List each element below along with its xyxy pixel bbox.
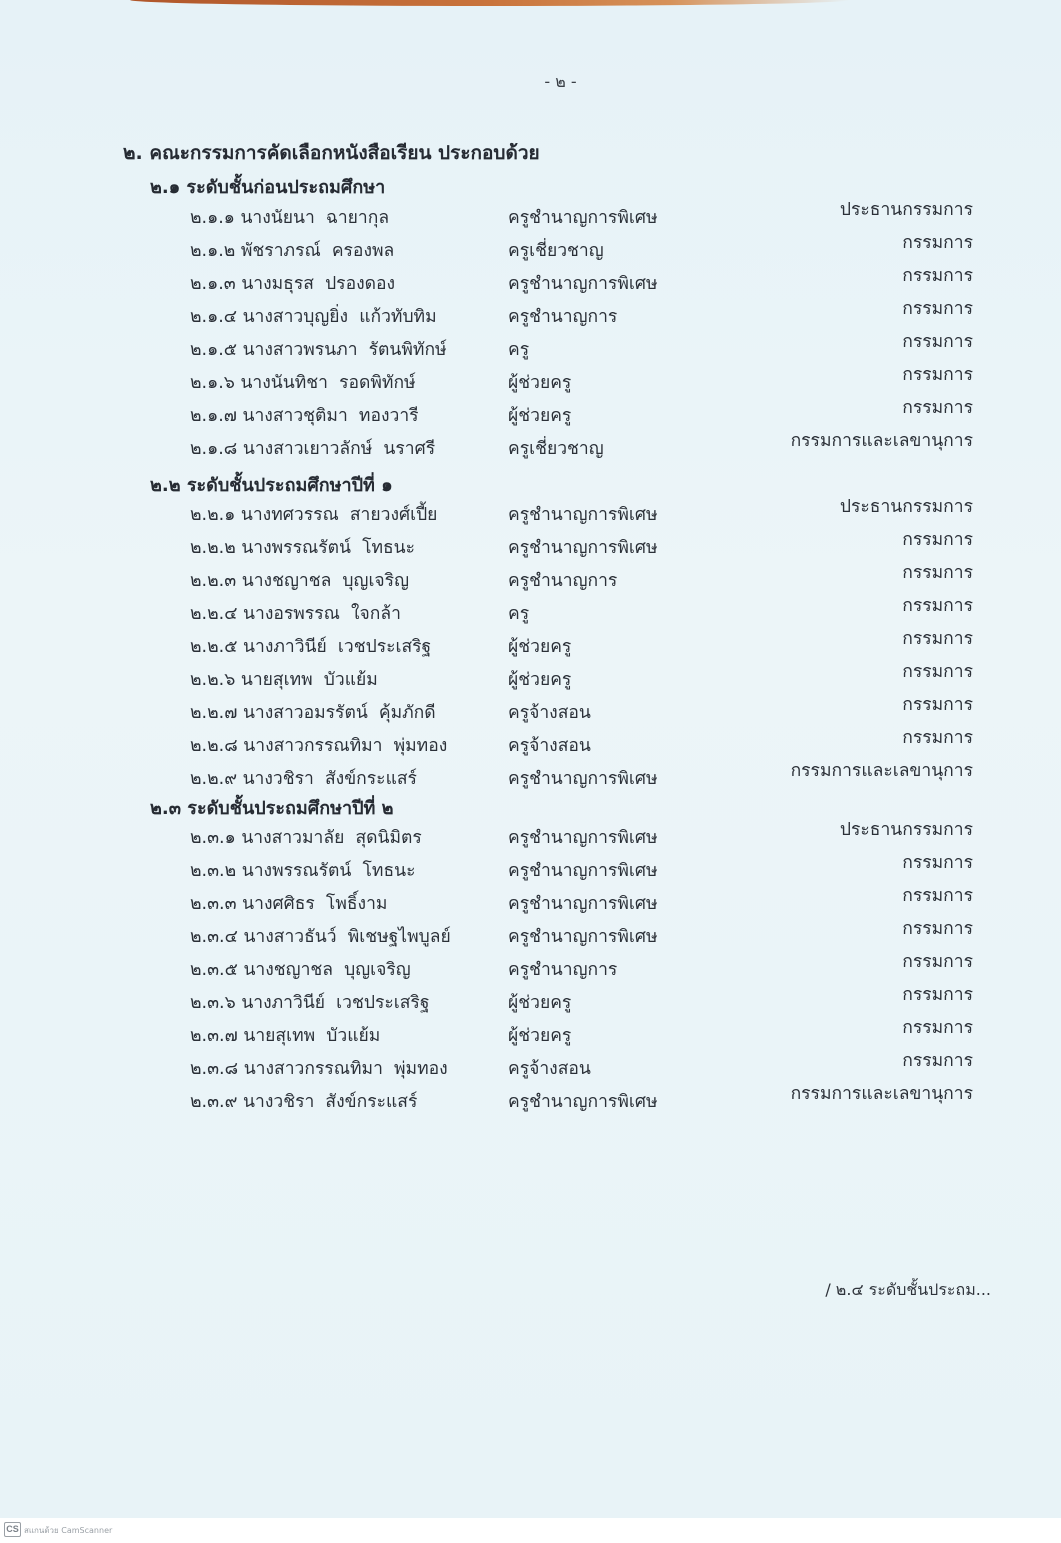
member-position: ผู้ช่วยครู [508,988,571,1016]
member-number-and-name: ๒.๑.๖ นางนันทิชา รอดพิทักษ์ [190,368,416,396]
member-number: ๒.๑.๒ [190,241,235,261]
member-role: กรรมการ [902,848,973,876]
member-position: ครูชำนาญการพิเศษ [508,922,658,950]
member-number: ๒.๒.๙ [190,769,237,789]
member-number-and-name: ๒.๓.๙ นางวชิรา สังข์กระแสร์ [190,1087,417,1115]
member-position: ครูชำนาญการพิเศษ [508,889,658,917]
member-position: ครู [508,335,529,363]
member-role: ประธานกรรมการ [840,815,973,843]
member-name: นางสาวกรรณทิมา พุ่มทอง [244,1059,448,1079]
member-number: ๒.๑.๗ [190,406,237,426]
member-number: ๒.๓.๓ [190,894,237,914]
member-role: กรรมการ [902,228,973,256]
member-name: นางสาวกรรณทิมา พุ่มทอง [243,736,447,756]
member-position: ผู้ช่วยครู [508,368,571,396]
member-number-and-name: ๒.๑.๒ พัชราภรณ์ ครองพล [190,236,394,264]
member-number: ๒.๑.๔ [190,307,237,327]
member-role: กรรมการ [902,980,973,1008]
member-name: นางวชิรา สังข์กระแสร์ [243,1092,417,1112]
camscanner-footer-text: สแกนด้วย CamScanner [24,1524,112,1537]
member-number-and-name: ๒.๒.๓ นางชญาชล บุญเจริญ [190,566,409,594]
member-number: ๒.๓.๗ [190,1026,238,1046]
member-role: กรรมการ [902,1046,973,1074]
member-number-and-name: ๒.๑.๕ นางสาวพรนภา รัตนพิทักษ์ [190,335,447,363]
member-row: ๒.๑.๘ นางสาวเยาวลักษ์ นราศรีครูเชี่ยวชาญ… [0,434,1061,464]
member-number-and-name: ๒.๑.๗ นางสาวชุติมา ทองวารี [190,401,419,429]
section-title: ๒.๒ ระดับชั้นประถมศึกษาปีที่ ๑ [150,470,393,499]
member-number: ๒.๑.๖ [190,373,235,393]
member-number-and-name: ๒.๓.๗ นายสุเทพ บัวแย้ม [190,1021,380,1049]
member-number: ๒.๒.๕ [190,637,237,657]
member-role: กรรมการและเลขานุการ [791,426,973,454]
member-position: ครูจ้างสอน [508,731,591,759]
member-number: ๒.๑.๕ [190,340,237,360]
member-position: ครูชำนาญการ [508,302,617,330]
member-number-and-name: ๒.๓.๓ นางศศิธร โพธิ์งาม [190,889,387,917]
member-position: ครูชำนาญการพิเศษ [508,764,658,792]
member-number-and-name: ๒.๑.๘ นางสาวเยาวลักษ์ นราศรี [190,434,435,462]
member-position: ครูชำนาญการพิเศษ [508,856,658,884]
member-number-and-name: ๒.๒.๖ นายสุเทพ บัวแย้ม [190,665,378,693]
section-title: ๒.๑ ระดับชั้นก่อนประถมศึกษา [150,172,385,201]
member-number: ๒.๒.๗ [190,703,237,723]
member-position: ครูชำนาญการพิเศษ [508,203,658,231]
member-number: ๒.๓.๑ [190,828,236,848]
document-heading: ๒. คณะกรรมการคัดเลือกหนังสือเรียน ประกอบ… [123,138,540,168]
member-number: ๒.๒.๘ [190,736,238,756]
member-role: กรรมการ [902,624,973,652]
member-position: ผู้ช่วยครู [508,1021,571,1049]
member-position: ครูเชี่ยวชาญ [508,434,604,462]
member-number: ๒.๒.๔ [190,604,237,624]
member-role: กรรมการ [902,393,973,421]
member-name: นางสาวเยาวลักษ์ นราศรี [243,439,435,459]
member-number: ๒.๑.๑ [190,208,235,228]
member-number-and-name: ๒.๒.๕ นางภาวินีย์ เวชประเสริฐ [190,632,431,660]
member-number-and-name: ๒.๒.๒ นางพรรณรัตน์ โทธนะ [190,533,415,561]
member-role: กรรมการและเลขานุการ [791,756,973,784]
member-role: กรรมการ [902,723,973,751]
member-role: ประธานกรรมการ [840,492,973,520]
member-position: ครูชำนาญการ [508,566,617,594]
member-role: กรรมการ [902,525,973,553]
member-role: กรรมการ [902,947,973,975]
member-name: นางสาวอมรรัตน์ คุ้มภักดี [243,703,436,723]
member-number: ๒.๓.๕ [190,960,238,980]
member-number: ๒.๒.๑ [190,505,235,525]
member-role: กรรมการ [902,657,973,685]
member-name: นางภาวินีย์ เวชประเสริฐ [243,637,431,657]
member-number: ๒.๓.๙ [190,1092,237,1112]
member-name: นางสาวพรนภา รัตนพิทักษ์ [243,340,447,360]
member-name: นางนัยนา ฉายากุล [240,208,389,228]
member-role: กรรมการ [902,294,973,322]
page-number: - ๒ - [0,70,1061,95]
member-position: ครูเชี่ยวชาญ [508,236,604,264]
document-page: - ๒ - ๒. คณะกรรมการคัดเลือกหนังสือเรียน … [0,0,1061,1518]
member-row: ๒.๓.๙ นางวชิรา สังข์กระแสร์ครูชำนาญการพิ… [0,1087,1061,1117]
member-position: ครูจ้างสอน [508,1054,591,1082]
member-number-and-name: ๒.๒.๔ นางอรพรรณ ใจกล้า [190,599,401,627]
member-position: ผู้ช่วยครู [508,665,571,693]
member-number-and-name: ๒.๓.๑ นางสาวมาลัย สุดนิมิตร [190,823,422,851]
member-position: ครูจ้างสอน [508,698,591,726]
member-role: กรรมการ [902,881,973,909]
member-number-and-name: ๒.๓.๖ นางภาวินีย์ เวชประเสริฐ [190,988,430,1016]
member-position: ครูชำนาญการพิเศษ [508,269,658,297]
member-role: กรรมการและเลขานุการ [791,1079,973,1107]
member-number-and-name: ๒.๒.๙ นางวชิรา สังข์กระแสร์ [190,764,417,792]
member-name: นางสาวชุติมา ทองวารี [243,406,419,426]
member-name: นางชญาชล บุญเจริญ [243,960,410,980]
member-position: ครูชำนาญการ [508,955,617,983]
member-position: ผู้ช่วยครู [508,401,571,429]
camscanner-logo-icon: CS [4,1522,21,1537]
member-position: ครู [508,599,529,627]
member-name: นางวชิรา สังข์กระแสร์ [243,769,417,789]
member-number: ๒.๓.๒ [190,861,236,881]
member-role: กรรมการ [902,690,973,718]
member-row: ๒.๒.๙ นางวชิรา สังข์กระแสร์ครูชำนาญการพิ… [0,764,1061,794]
member-role: กรรมการ [902,327,973,355]
member-position: ครูชำนาญการพิเศษ [508,1087,658,1115]
member-role: กรรมการ [902,360,973,388]
member-role: กรรมการ [902,591,973,619]
member-position: ครูชำนาญการพิเศษ [508,823,658,851]
member-number-and-name: ๒.๓.๒ นางพรรณรัตน์ โทธนะ [190,856,416,884]
member-name: นางศศิธร โพธิ์งาม [242,894,387,914]
scanner-footer [0,1518,1061,1543]
member-number: ๒.๓.๔ [190,927,238,947]
member-name: นางมธุรส ปรองดอง [241,274,395,294]
member-number-and-name: ๒.๓.๘ นางสาวกรรณทิมา พุ่มทอง [190,1054,448,1082]
member-name: นางทศวรรณ สายวงศ์เปี้ย [241,505,438,525]
member-number-and-name: ๒.๒.๑ นางทศวรรณ สายวงศ์เปี้ย [190,500,437,528]
member-name: นางสาวบุญยิ่ง แก้วทับทิม [243,307,437,327]
member-name: นางสาวมาลัย สุดนิมิตร [241,828,421,848]
page-edge-shadow [130,0,850,6]
member-number: ๒.๒.๒ [190,538,236,558]
member-number-and-name: ๒.๓.๔ นางสาวธันว์ พิเชษฐไพบูลย์ [190,922,451,950]
member-number-and-name: ๒.๑.๑ นางนัยนา ฉายากุล [190,203,389,231]
member-number: ๒.๒.๖ [190,670,235,690]
member-name: นางภาวินีย์ เวชประเสริฐ [241,993,429,1013]
member-position: ผู้ช่วยครู [508,632,571,660]
member-name: นางสาวธันว์ พิเชษฐไพบูลย์ [243,927,450,947]
member-role: ประธานกรรมการ [840,195,973,223]
member-position: ครูชำนาญการพิเศษ [508,533,658,561]
member-number-and-name: ๒.๓.๕ นางชญาชล บุญเจริญ [190,955,411,983]
member-role: กรรมการ [902,1013,973,1041]
member-position: ครูชำนาญการพิเศษ [508,500,658,528]
member-number-and-name: ๒.๑.๔ นางสาวบุญยิ่ง แก้วทับทิม [190,302,437,330]
member-role: กรรมการ [902,558,973,586]
member-name: นางพรรณรัตน์ โทธนะ [241,538,415,558]
member-name: นางพรรณรัตน์ โทธนะ [242,861,416,881]
member-number: ๒.๓.๘ [190,1059,238,1079]
member-name: นายสุเทพ บัวแย้ม [243,1026,380,1046]
member-number-and-name: ๒.๑.๓ นางมธุรส ปรองดอง [190,269,395,297]
member-name: นางนันทิชา รอดพิทักษ์ [240,373,415,393]
member-number-and-name: ๒.๒.๘ นางสาวกรรณทิมา พุ่มทอง [190,731,447,759]
member-number: ๒.๓.๖ [190,993,236,1013]
member-name: พัชราภรณ์ ครองพล [241,241,394,261]
member-name: นายสุเทพ บัวแย้ม [241,670,378,690]
member-role: กรรมการ [902,914,973,942]
member-number-and-name: ๒.๒.๗ นางสาวอมรรัตน์ คุ้มภักดี [190,698,436,726]
member-number: ๒.๑.๓ [190,274,236,294]
member-number: ๒.๑.๘ [190,439,237,459]
member-name: นางอรพรรณ ใจกล้า [243,604,401,624]
member-role: กรรมการ [902,261,973,289]
continuation-note: / ๒.๔ ระดับชั้นประถม... [825,1278,991,1303]
section-title: ๒.๓ ระดับชั้นประถมศึกษาปีที่ ๒ [150,793,394,822]
member-name: นางชญาชล บุญเจริญ [242,571,409,591]
member-number: ๒.๒.๓ [190,571,236,591]
